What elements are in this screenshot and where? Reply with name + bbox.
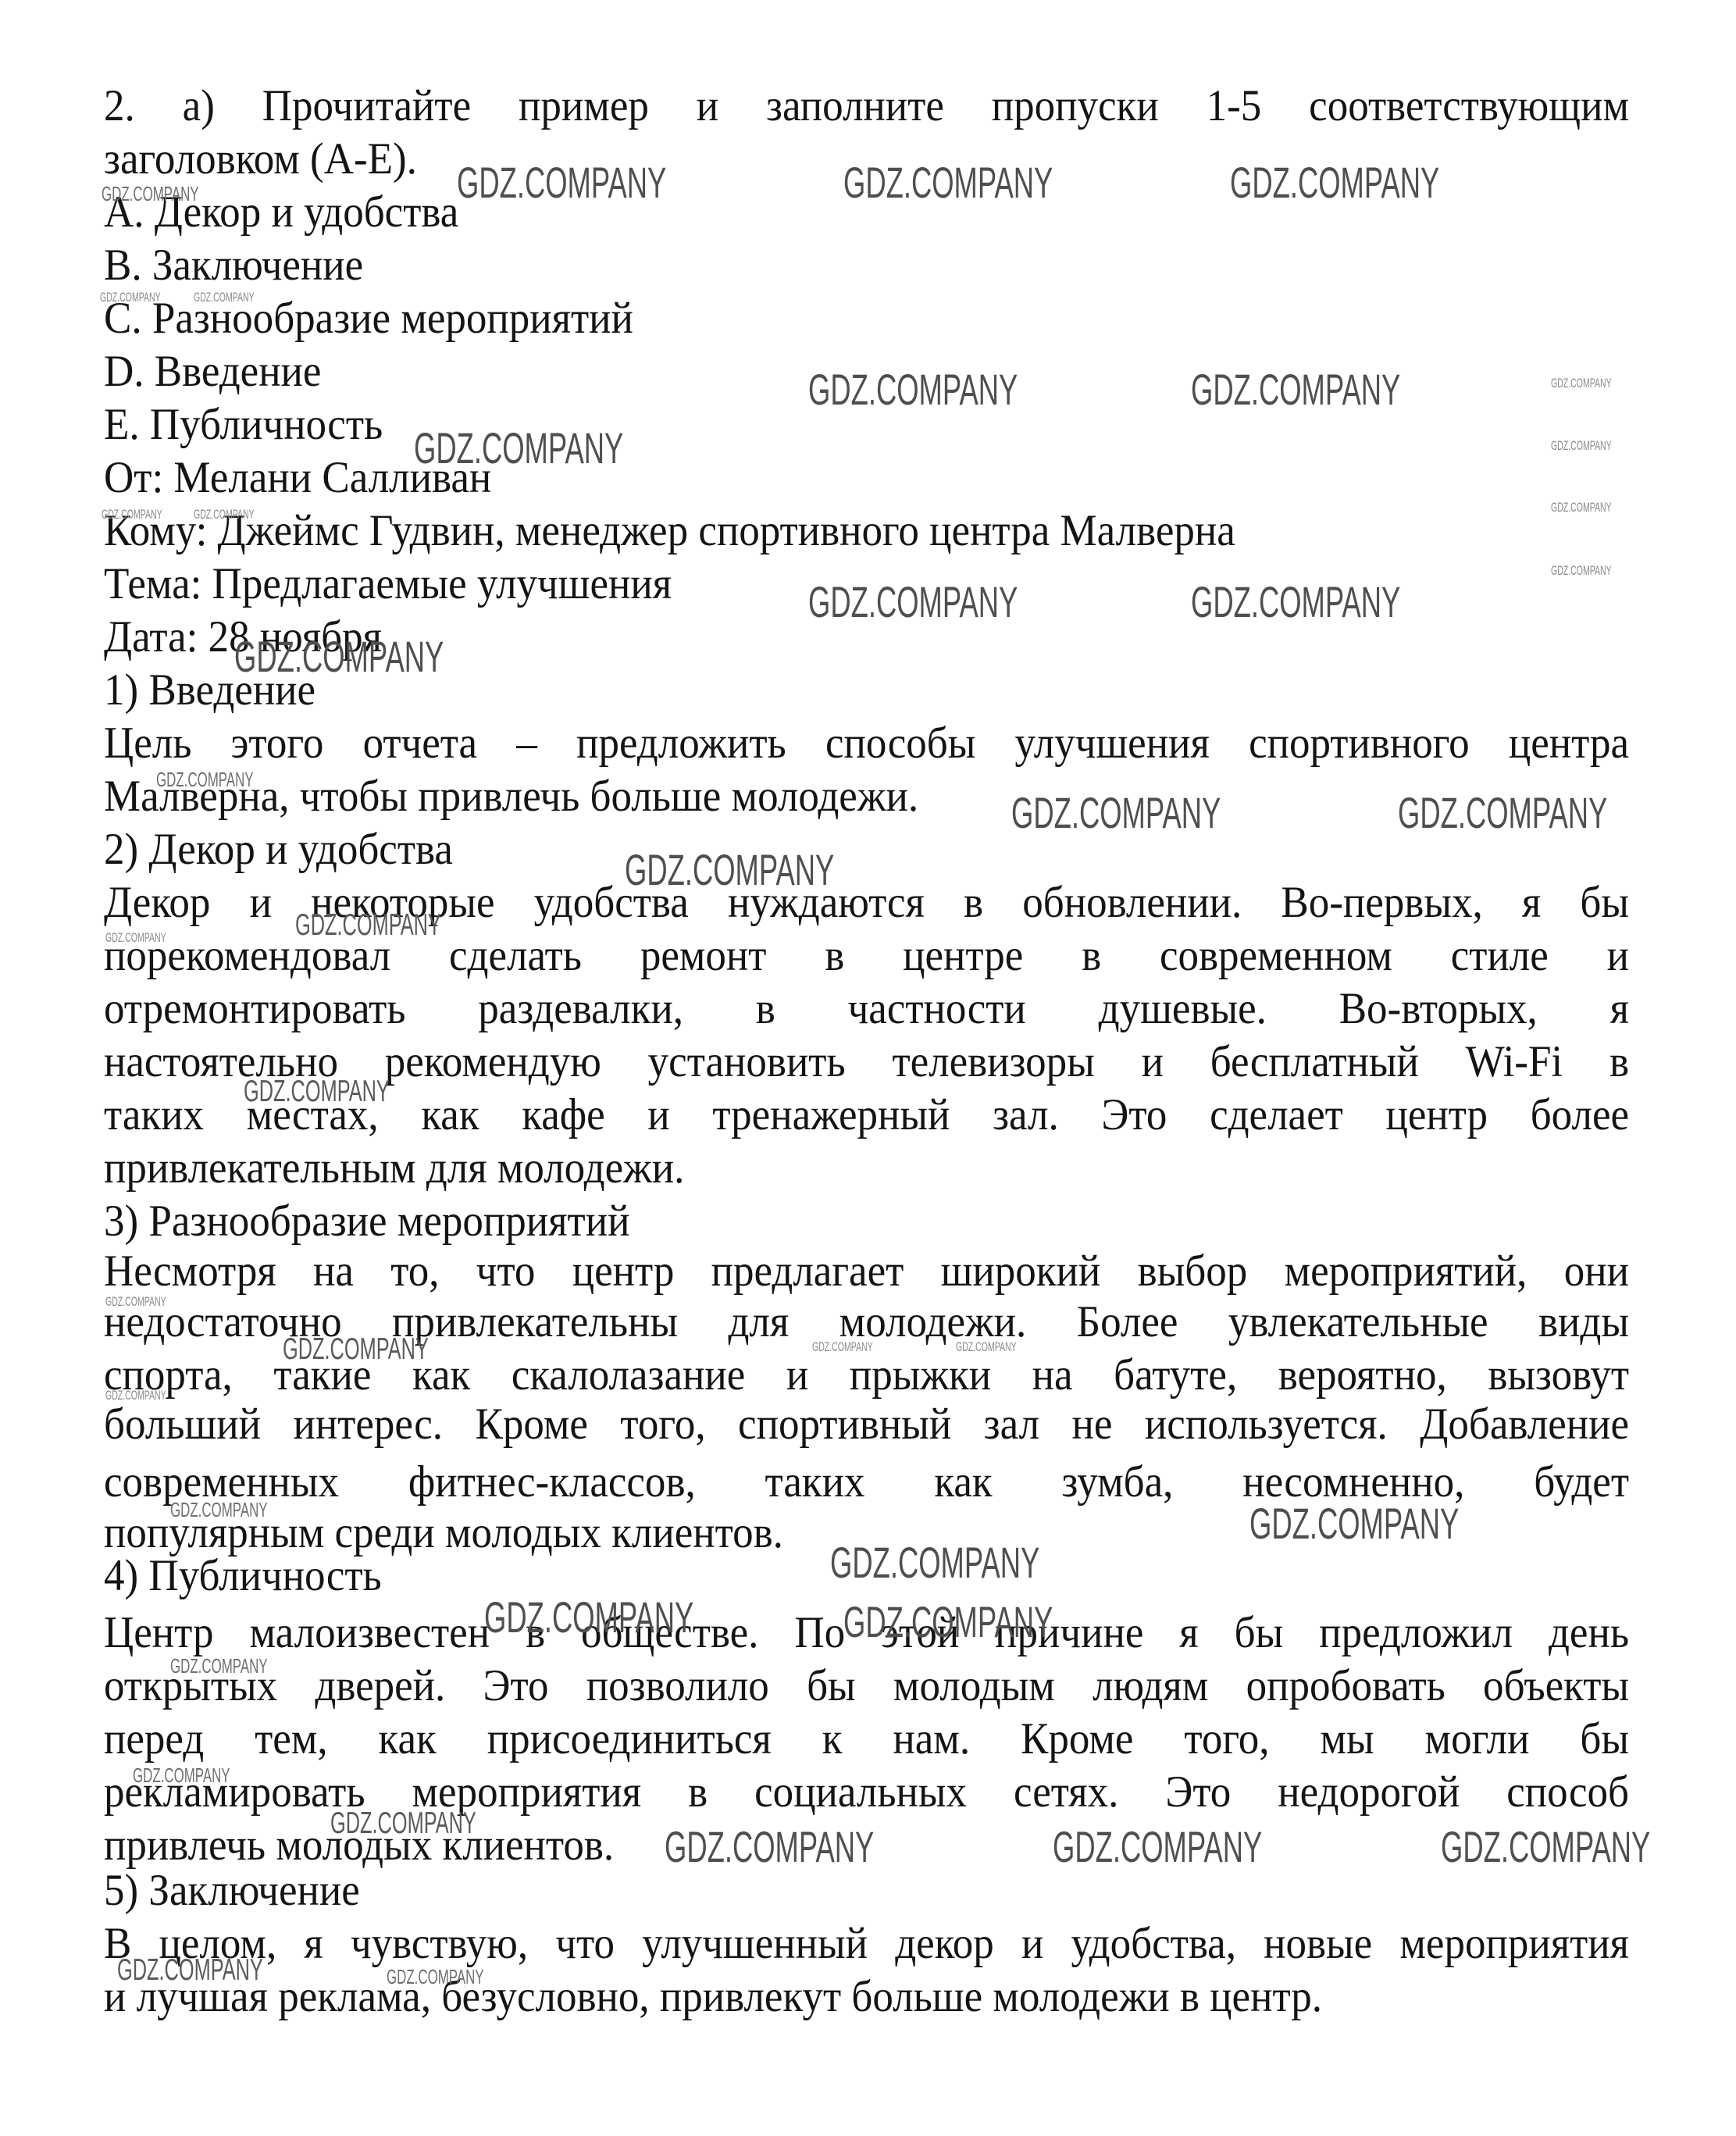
watermark: GDZ.COMPANY	[156, 769, 254, 790]
text-line: привлекательным для молодежи.	[104, 1145, 1629, 1192]
watermark: GDZ.COMPANY	[1011, 790, 1221, 836]
text-line: 2. а) Прочитайте пример и заполните проп…	[104, 83, 1629, 130]
text-line: С. Разнообразие мероприятий	[104, 295, 1629, 342]
watermark: GDZ.COMPANY	[1249, 1501, 1459, 1547]
watermark: GDZ.COMPANY	[665, 1824, 874, 1870]
watermark: GDZ.COMPANY	[956, 1340, 1017, 1354]
watermark: GDZ.COMPANY	[170, 1656, 268, 1677]
watermark: GDZ.COMPANY	[1551, 439, 1612, 453]
text-line: больший интерес. Кроме того, спортивный …	[104, 1401, 1629, 1448]
text-line: открытых дверей. Это позволило бы молоды…	[104, 1663, 1629, 1710]
watermark: GDZ.COMPANY	[133, 1765, 230, 1786]
watermark: GDZ.COMPANY	[283, 1334, 429, 1366]
watermark: GDZ.COMPANY	[234, 634, 444, 680]
watermark: GDZ.COMPANY	[1441, 1824, 1650, 1870]
text-line: В. Заключение	[104, 242, 1629, 289]
watermark: GDZ.COMPANY	[808, 367, 1018, 413]
watermark: GDZ.COMPANY	[812, 1340, 873, 1354]
watermark: GDZ.COMPANY	[244, 1076, 390, 1108]
watermark: GDZ.COMPANY	[1551, 376, 1612, 390]
watermark: GDZ.COMPANY	[170, 1499, 268, 1521]
watermark: GDZ.COMPANY	[808, 579, 1018, 626]
watermark: GDZ.COMPANY	[330, 1808, 476, 1840]
watermark: GDZ.COMPANY	[194, 508, 255, 522]
text-line: Кому: Джеймс Гудвин, менеджер спортивног…	[104, 508, 1629, 555]
watermark: GDZ.COMPANY	[843, 1599, 1053, 1646]
text-line: Несмотря на то, что центр предлагает шир…	[104, 1248, 1629, 1295]
watermark: GDZ.COMPANY	[105, 1295, 166, 1309]
watermark: GDZ.COMPANY	[457, 160, 666, 206]
watermark: GDZ.COMPANY	[1230, 160, 1439, 206]
watermark: GDZ.COMPANY	[830, 1540, 1039, 1586]
watermark: GDZ.COMPANY	[105, 1389, 166, 1403]
watermark: GDZ.COMPANY	[194, 291, 255, 305]
text-line: 5) Заключение	[104, 1867, 1629, 1914]
watermark: GDZ.COMPANY	[295, 910, 441, 942]
watermark: GDZ.COMPANY	[1053, 1824, 1262, 1870]
text-line: перед тем, как присоединиться к нам. Кро…	[104, 1716, 1629, 1763]
watermark: GDZ.COMPANY	[102, 184, 199, 205]
watermark: GDZ.COMPANY	[117, 1955, 263, 1987]
text-line: 3) Разнообразие мероприятий	[104, 1198, 1629, 1245]
watermark: GDZ.COMPANY	[625, 847, 834, 893]
text-line: отремонтировать раздевалки, в частности …	[104, 986, 1629, 1032]
text-line: и лучшая реклама, безусловно, привлекут …	[104, 1974, 1629, 2020]
text-line: В целом, я чувствую, что улучшенный деко…	[104, 1920, 1629, 1967]
document-page: 2. а) Прочитайте пример и заполните проп…	[0, 0, 1736, 2136]
watermark: GDZ.COMPANY	[100, 291, 161, 305]
watermark: GDZ.COMPANY	[843, 160, 1053, 206]
watermark: GDZ.COMPANY	[105, 931, 166, 945]
watermark: GDZ.COMPANY	[414, 426, 623, 472]
text-line: Цель этого отчета – предложить способы у…	[104, 720, 1629, 767]
watermark: GDZ.COMPANY	[484, 1595, 693, 1641]
watermark: GDZ.COMPANY	[1191, 579, 1400, 626]
watermark: GDZ.COMPANY	[1191, 367, 1400, 413]
watermark: GDZ.COMPANY	[387, 1967, 484, 1988]
watermark: GDZ.COMPANY	[1551, 501, 1612, 515]
text-line: От: Мелани Салливан	[104, 455, 1629, 501]
watermark: GDZ.COMPANY	[1551, 564, 1612, 578]
watermark: GDZ.COMPANY	[1398, 790, 1607, 836]
watermark: GDZ.COMPANY	[102, 508, 162, 522]
